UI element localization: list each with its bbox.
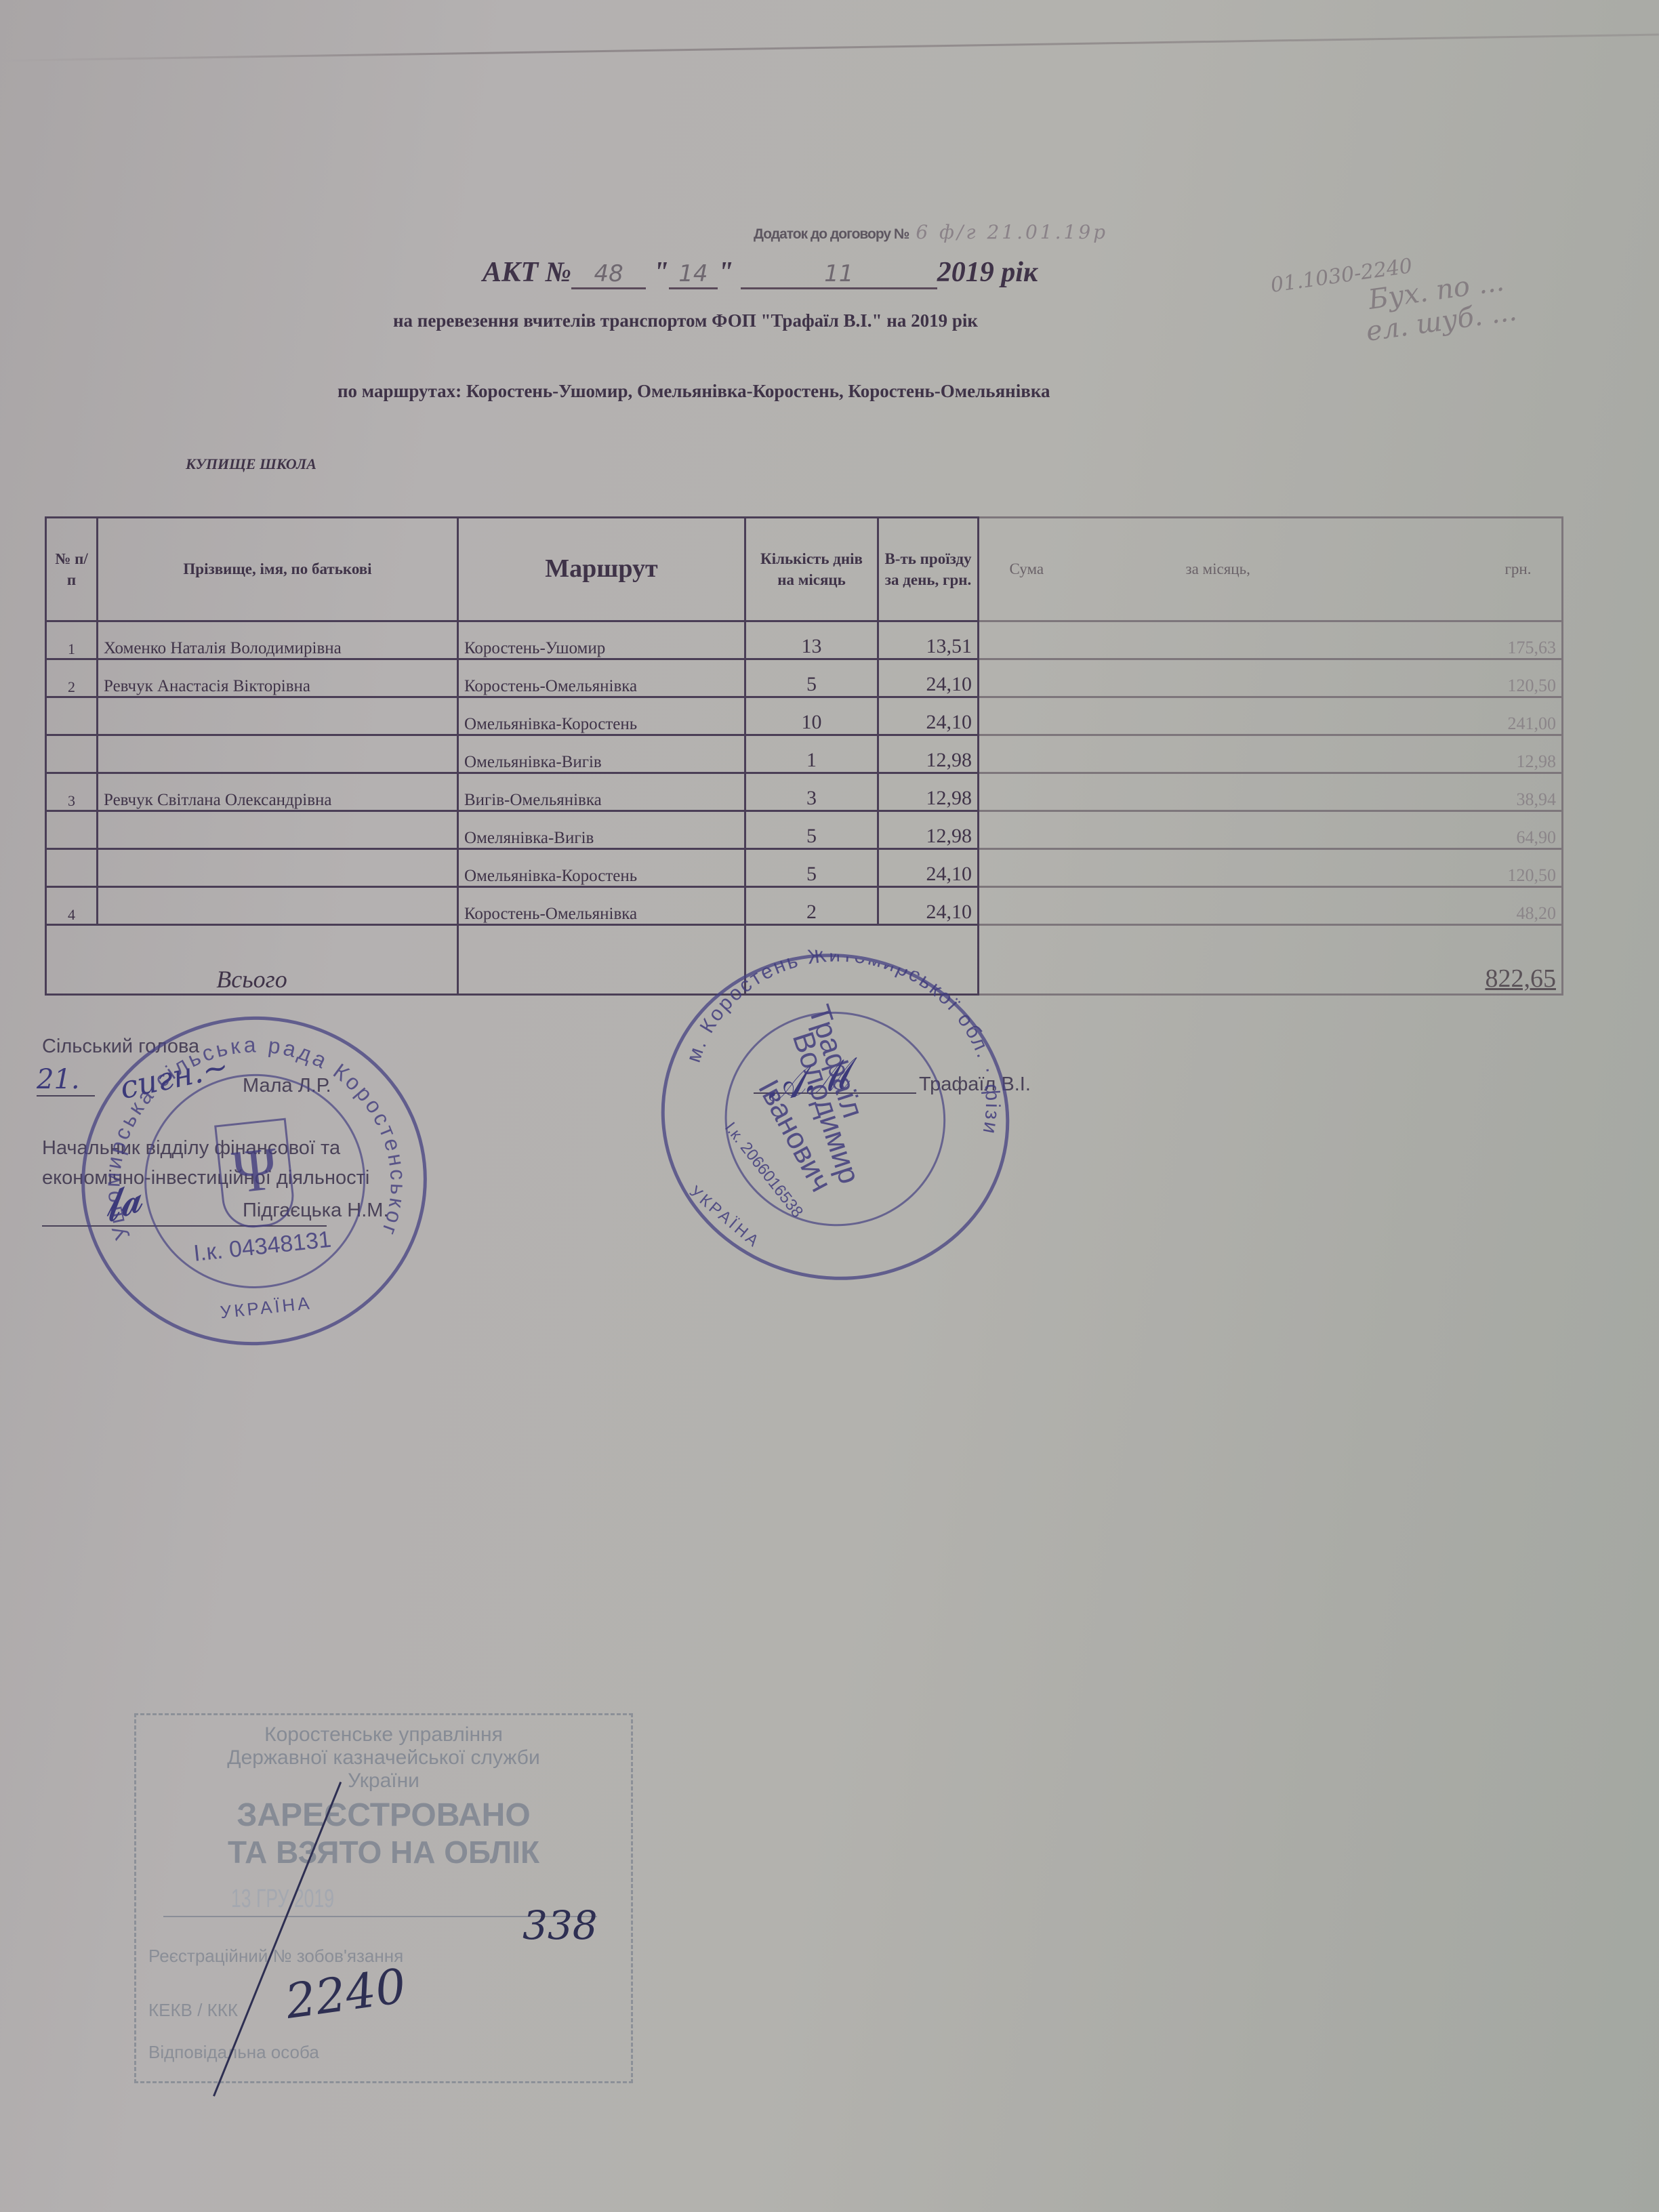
sum-header-part: за місяць, <box>1186 558 1430 579</box>
row-sum: 64,90 <box>979 811 1563 849</box>
row-sum: 241,00 <box>979 697 1563 735</box>
row-name <box>98 811 458 849</box>
row-route: Омелянівка-Вигів <box>458 811 745 849</box>
act-day: 14 <box>669 260 718 289</box>
col-header-price: В-ть проїзду за день, грн. <box>878 518 979 621</box>
trident-icon: Ψ <box>214 1118 297 1231</box>
treasury-kekv-value: 2240 <box>282 1958 409 2030</box>
row-num <box>46 849 98 887</box>
row-sum: 120,50 <box>979 849 1563 887</box>
row-days: 5 <box>745 811 878 849</box>
school-name: КУПИЩЕ ШКОЛА <box>186 455 316 473</box>
row-num <box>46 697 98 735</box>
treasury-date: 13 ГРУ 2019 <box>231 1885 334 1914</box>
paper-fold-line <box>0 34 1659 62</box>
row-name <box>98 887 458 925</box>
treasury-line-2: Державної казначейської служби <box>136 1746 631 1769</box>
transport-table: № п/п Прізвище, імя, по батькові Маршрут… <box>45 516 1563 996</box>
routes-line: по маршрутах: Коростень-Ушомир, Омельяні… <box>337 381 1050 402</box>
row-days: 3 <box>745 773 878 811</box>
row-num <box>46 735 98 773</box>
row-days: 13 <box>745 621 878 659</box>
row-days: 5 <box>745 849 878 887</box>
row-price: 24,10 <box>878 887 979 925</box>
row-route: Коростень-Ушомир <box>458 621 745 659</box>
act-month: 11 <box>741 260 937 289</box>
row-price: 24,10 <box>878 659 979 697</box>
row-route: Омельянівка-Вигів <box>458 735 745 773</box>
table-row: Омельянівка-Коростень524,10120,50 <box>46 849 1563 887</box>
row-num: 2 <box>46 659 98 697</box>
table-header-row: № п/п Прізвище, імя, по батькові Маршрут… <box>46 518 1563 621</box>
row-route: Омельянівка-Коростень <box>458 697 745 735</box>
treasury-line-3: України <box>136 1769 631 1793</box>
row-days: 2 <box>745 887 878 925</box>
treasury-registered: ЗАРЕЄСТРОВАНО <box>136 1797 631 1834</box>
row-price: 24,10 <box>878 697 979 735</box>
col-header-days: Кількість днів на місяць <box>745 518 878 621</box>
sum-header-part: Сума <box>1010 558 1186 579</box>
col-header-sum: Сумаза місяць,грн. <box>979 518 1563 621</box>
row-route: Вигів-Омельянівка <box>458 773 745 811</box>
row-route: Коростень-Омельянівка <box>458 887 745 925</box>
treasury-kekv-field: КЕКВ / ККК <box>148 2000 238 2021</box>
council-stamp: Ушомирська сільська рада Коростенського … <box>65 1000 443 1363</box>
col-header-name: Прізвище, імя, по батькові <box>98 518 458 621</box>
table-row: 4Коростень-Омельянівка224,1048,20 <box>46 887 1563 925</box>
row-price: 12,98 <box>878 735 979 773</box>
treasury-registration-stamp: Коростенське управління Державної казнач… <box>134 1713 633 2083</box>
appendix-label-text: Додаток до договору № <box>754 226 909 242</box>
row-sum: 12,98 <box>979 735 1563 773</box>
col-header-num: № п/п <box>46 518 98 621</box>
row-num: 1 <box>46 621 98 659</box>
row-name <box>98 735 458 773</box>
act-prefix: АКТ № <box>483 257 571 288</box>
act-title: АКТ №48 "14" 112019 рік <box>483 256 1038 289</box>
act-number: 48 <box>571 260 646 289</box>
act-year: 2019 рік <box>937 257 1038 288</box>
row-name: Ревчук Анастасія Вікторівна <box>98 659 458 697</box>
appendix-handwritten: 6 ф/г 21.01.19р <box>916 221 1108 243</box>
row-name: Хоменко Наталія Володимирівна <box>98 621 458 659</box>
appendix-label: Додаток до договору №6 ф/г 21.01.19р <box>754 221 1108 243</box>
row-sum: 175,63 <box>979 621 1563 659</box>
table-row: Омельянівка-Вигів112,9812,98 <box>46 735 1563 773</box>
total-label: Всього <box>46 925 458 995</box>
table-row: 3Ревчук Світлана ОлександрівнаВигів-Омел… <box>46 773 1563 811</box>
row-route: Коростень-Омельянівка <box>458 659 745 697</box>
row-days: 10 <box>745 697 878 735</box>
table-row: 2Ревчук Анастасія ВікторівнаКоростень-Ом… <box>46 659 1563 697</box>
row-name <box>98 697 458 735</box>
treasury-taken: ТА ВЗЯТО НА ОБЛІК <box>136 1834 631 1870</box>
row-route: Омельянівка-Коростень <box>458 849 745 887</box>
treasury-line-1: Коростенське управління <box>136 1723 631 1746</box>
row-name <box>98 849 458 887</box>
col-header-route: Маршрут <box>458 518 745 621</box>
treasury-kekv-label: КЕКВ / ККК <box>148 2000 238 2020</box>
row-days: 5 <box>745 659 878 697</box>
row-sum: 120,50 <box>979 659 1563 697</box>
row-num <box>46 811 98 849</box>
pencil-note: 01.1030-2240 Бух. по ... ел. шуб. ... <box>1269 241 1519 359</box>
row-price: 12,98 <box>878 811 979 849</box>
treasury-reg-value: 338 <box>523 1902 598 1948</box>
row-sum: 48,20 <box>979 887 1563 925</box>
row-price: 13,51 <box>878 621 979 659</box>
table-row: Омелянівка-Вигів512,9864,90 <box>46 811 1563 849</box>
row-price: 24,10 <box>878 849 979 887</box>
row-price: 12,98 <box>878 773 979 811</box>
table-row: 1Хоменко Наталія ВолодимирівнаКоростень-… <box>46 621 1563 659</box>
total-value: 822,65 <box>979 925 1563 995</box>
row-days: 1 <box>745 735 878 773</box>
row-num: 4 <box>46 887 98 925</box>
act-subtitle: на перевезення вчителів транспортом ФОП … <box>393 310 978 331</box>
row-name: Ревчук Світлана Олександрівна <box>98 773 458 811</box>
row-sum: 38,94 <box>979 773 1563 811</box>
row-num: 3 <box>46 773 98 811</box>
table-row: Омельянівка-Коростень1024,10241,00 <box>46 697 1563 735</box>
sum-header-part: грн. <box>1430 558 1532 579</box>
